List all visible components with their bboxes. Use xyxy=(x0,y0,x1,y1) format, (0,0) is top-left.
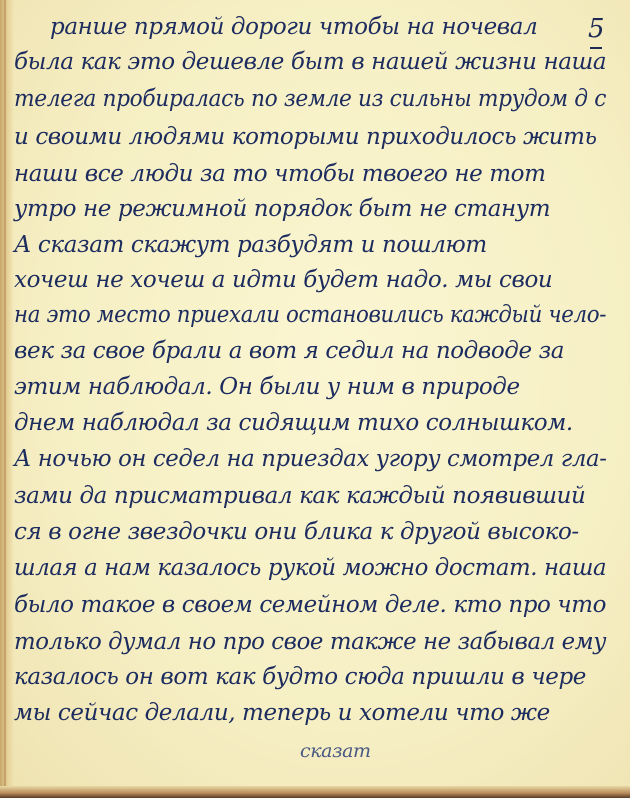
text-line: наши все люди за то чтобы твоего не тот xyxy=(14,161,546,187)
text-line: сказат xyxy=(300,740,371,762)
notebook-binding-edge xyxy=(0,0,14,790)
text-line: мы сейчас делали, теперь и хотели что же xyxy=(14,700,550,726)
text-line: днем наблюдал за сидящим тихо солнышком. xyxy=(14,410,573,436)
page-number: 5 xyxy=(588,14,605,44)
text-line: казалось он вот как будто сюда пришли в … xyxy=(14,664,586,690)
text-line: зами да присматривал как каждый появивши… xyxy=(14,483,585,509)
text-line: хочеш не хочеш а идти будет надо. мы сво… xyxy=(14,267,552,293)
text-line: А сказат скажут разбудят и пошлют xyxy=(14,232,487,258)
text-line: шлая а нам казалось рукой можно достат. … xyxy=(14,555,606,581)
text-line: на это место приехали остановились кажды… xyxy=(14,302,606,328)
notebook-page: 5 ранше прямой дороги чтобы на ночевал б… xyxy=(0,0,630,790)
text-line: только думал но про свое также не забыва… xyxy=(14,629,606,655)
text-line: была как это дешевле быт в нашей жизни н… xyxy=(14,49,606,75)
text-line: было такое в своем семейном деле. кто пр… xyxy=(14,592,606,618)
text-line: ранше прямой дороги чтобы на ночевал xyxy=(50,14,537,40)
page-bottom-edge xyxy=(0,786,630,798)
text-line: утро не режимной порядок быт не станут xyxy=(14,196,550,222)
text-line: А ночью он седел на приездах угору смотр… xyxy=(14,446,607,472)
text-line: этим наблюдал. Он были у ним в природе xyxy=(14,374,520,400)
text-line: век за свое брали а вот я седил на подво… xyxy=(14,338,564,364)
text-line: телега пробиралась по земле из сильны тр… xyxy=(14,86,606,112)
text-line: и своими людями которыми приходилось жит… xyxy=(14,124,597,150)
text-line: ся в огне звездочки они блика к другой в… xyxy=(14,519,579,545)
